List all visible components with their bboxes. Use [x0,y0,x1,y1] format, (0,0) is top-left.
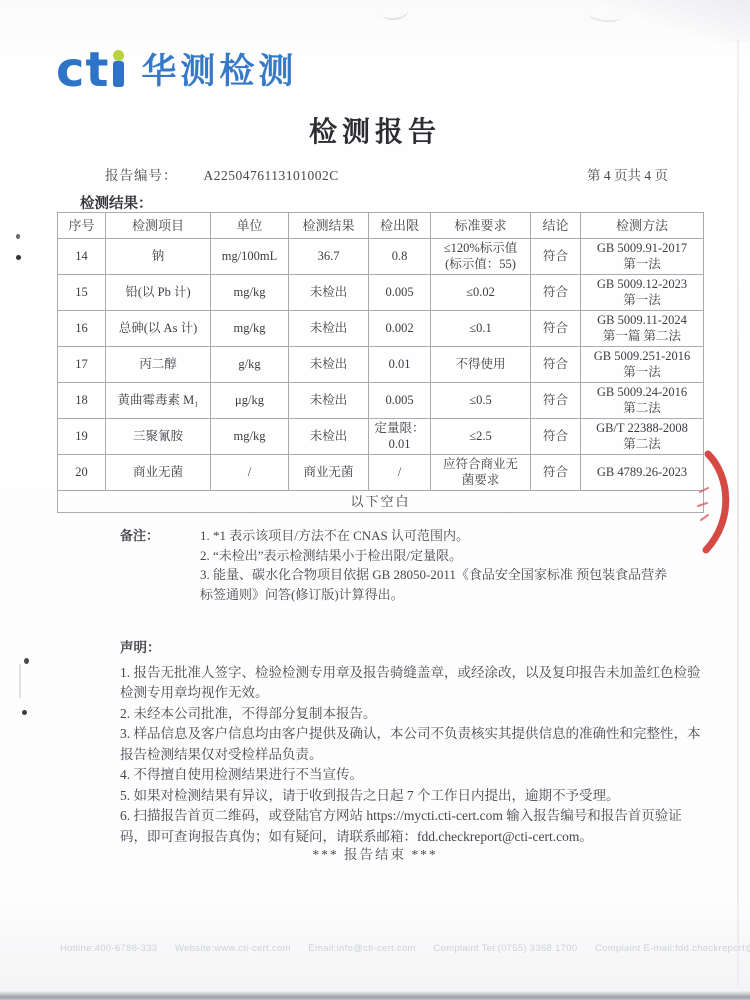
cell-unit: mg/100mL [211,239,289,275]
notes-block: 备注： 1. *1 表示该项目/方法不在 CNAS 认可范围内。 2. “未检出… [120,526,670,604]
scan-smudge [19,664,21,698]
table-row: 19三聚氰胺mg/kg未检出定量限：0.01≤2.5符合GB/T 22388-2… [58,419,704,455]
scan-speck [22,710,27,715]
cell-result: 未检出 [289,419,369,455]
header-row: 序号 检测项目 单位 检测结果 检出限 标准要求 结论 检测方法 [58,213,704,239]
declaration-item: 3. 样品信息及客户信息均由客户提供及确认，本公司不负责核实其提供信息的准确性和… [120,724,706,765]
logo-green-dot-icon [113,50,124,61]
results-table-footer: 以下空白 [58,491,704,513]
cell-standard: ≤0.1 [431,311,531,347]
cell-no: 19 [58,419,106,455]
cell-method: GB 4789.26-2023 [581,455,704,491]
cell-no: 16 [58,311,106,347]
cell-conclusion: 符合 [531,275,581,311]
declaration-item: 5. 如果对检测结果有异议，请于收到报告之日起 7 个工作日内提出，逾期不予受理… [120,786,706,807]
cell-method: GB 5009.12-2023第一法 [581,275,704,311]
cell-standard: ≤2.5 [431,419,531,455]
declaration-item: 4. 不得擅自使用检测结果进行不当宣传。 [120,765,706,786]
declaration-label: 声明： [120,638,706,659]
report-page: ct 华测检测 检测报告 报告编号： A2250476113101002C 第 … [0,0,750,1000]
logo-latin-text: ct [56,48,109,92]
cell-result: 未检出 [289,311,369,347]
note-item: 2. “未检出”表示检测结果小于检出限/定量限。 [200,546,670,566]
cell-no: 17 [58,347,106,383]
declaration-item: 1. 报告无批准人签字、检验检测专用章及报告骑缝盖章，或经涂改，以及复印报告未加… [120,663,706,704]
cell-limit: 0.8 [369,239,431,275]
note-item: 1. *1 表示该项目/方法不在 CNAS 认可范围内。 [200,526,670,546]
cell-item: 三聚氰胺 [106,419,211,455]
cell-method: GB 5009.24-2016第二法 [581,383,704,419]
cell-item: 黄曲霉毒素 M₁ [106,383,211,419]
report-number-label: 报告编号： [105,164,178,184]
cell-item: 丙二醇 [106,347,211,383]
page-footer-contact-line: Hotline:400-6788-333 Website:www.cti-cer… [60,943,750,954]
cti-logo: ct 华测检测 [56,48,297,92]
declaration-item: 2. 未经本公司批准，不得部分复制本报告。 [120,704,706,725]
cell-standard: ≤0.5 [431,383,531,419]
cell-standard: ≤0.02 [431,275,531,311]
cell-item: 铅(以 Pb 计) [106,275,211,311]
cell-method: GB 5009.91-2017第一法 [581,239,704,275]
cell-limit: 0.01 [369,347,431,383]
cell-unit: g/kg [211,347,289,383]
cell-result: 商业无菌 [289,455,369,491]
cell-conclusion: 符合 [531,419,581,455]
table-row: 14钠mg/100mL36.70.8≤120%标示值(标示值：55)符合GB 5… [58,239,704,275]
notes-label: 备注： [120,526,166,604]
scan-speck [24,658,29,664]
logo-i-glyph [113,48,125,92]
cell-result: 36.7 [289,239,369,275]
results-section-label: 检测结果： [80,192,153,213]
notes-items: 1. *1 表示该项目/方法不在 CNAS 认可范围内。 2. “未检出”表示检… [200,526,670,604]
scan-speck [16,234,20,239]
table-row: 16总砷(以 As 计)mg/kg未检出0.002≤0.1符合GB 5009.1… [58,311,704,347]
results-table-header: 序号 检测项目 单位 检测结果 检出限 标准要求 结论 检测方法 [58,213,704,239]
cell-conclusion: 符合 [531,311,581,347]
report-number-value: A2250476113101002C [204,168,339,184]
cell-unit: mg/kg [211,311,289,347]
table-row: 20商业无菌/商业无菌/应符合商业无菌要求符合GB 4789.26-2023 [58,455,704,491]
cell-conclusion: 符合 [531,239,581,275]
scan-artifact [381,2,409,21]
report-end-mark: *** 报告结束 *** [0,843,750,863]
blank-row: 以下空白 [58,491,704,513]
cell-method: GB 5009.11-2024第一篇 第二法 [581,311,704,347]
page-indicator: 第 4 页共 4 页 [587,164,668,184]
cell-conclusion: 符合 [531,347,581,383]
col-header-method: 检测方法 [581,213,704,239]
report-meta: 报告编号： A2250476113101002C 第 4 页共 4 页 [105,164,668,184]
cell-limit: 0.005 [369,275,431,311]
cell-result: 未检出 [289,275,369,311]
cell-item: 商业无菌 [106,455,211,491]
page-corner-shade [560,0,750,42]
cell-item: 钠 [106,239,211,275]
cell-no: 15 [58,275,106,311]
cell-limit: 0.002 [369,311,431,347]
cell-limit: / [369,455,431,491]
cell-conclusion: 符合 [531,455,581,491]
col-header-conclusion: 结论 [531,213,581,239]
declaration-item: 6. 扫描报告首页二维码，或登陆官方网站 https://mycti.cti-c… [120,806,706,847]
col-header-standard: 标准要求 [431,213,531,239]
cell-method: GB/T 22388-2008第二法 [581,419,704,455]
cell-item: 总砷(以 As 计) [106,311,211,347]
cell-unit: μg/kg [211,383,289,419]
col-header-unit: 单位 [211,213,289,239]
cell-no: 18 [58,383,106,419]
col-header-item: 检测项目 [106,213,211,239]
col-header-limit: 检出限 [369,213,431,239]
results-table-body: 14钠mg/100mL36.70.8≤120%标示值(标示值：55)符合GB 5… [58,239,704,491]
cell-standard: 不得使用 [431,347,531,383]
cell-no: 20 [58,455,106,491]
col-header-result: 检测结果 [289,213,369,239]
table-row: 18黄曲霉毒素 M₁μg/kg未检出0.005≤0.5符合GB 5009.24-… [58,383,704,419]
cell-result: 未检出 [289,347,369,383]
note-item: 3. 能量、碳水化合物项目依据 GB 28050-2011《食品安全国家标准 预… [200,565,670,604]
cell-method: GB 5009.251-2016第一法 [581,347,704,383]
col-header-no: 序号 [58,213,106,239]
cell-no: 14 [58,239,106,275]
cell-result: 未检出 [289,383,369,419]
cell-unit: mg/kg [211,275,289,311]
scan-speck [16,255,21,260]
page-edge-shadow [737,40,739,986]
results-table: 序号 检测项目 单位 检测结果 检出限 标准要求 结论 检测方法 14钠mg/1… [57,212,704,513]
page-bottom-edge [0,991,750,1000]
cell-conclusion: 符合 [531,383,581,419]
cell-standard: 应符合商业无菌要求 [431,455,531,491]
table-row: 15铅(以 Pb 计)mg/kg未检出0.005≤0.02符合GB 5009.1… [58,275,704,311]
cell-limit: 0.005 [369,383,431,419]
table-row: 17丙二醇g/kg未检出0.01不得使用符合GB 5009.251-2016第一… [58,347,704,383]
report-title: 检测报告 [0,110,750,150]
logo-chinese-text: 华测检测 [141,52,297,92]
cell-unit: / [211,455,289,491]
blank-row-label: 以下空白 [58,491,704,513]
cell-standard: ≤120%标示值(标示值：55) [431,239,531,275]
declaration-block: 声明： 1. 报告无批准人签字、检验检测专用章及报告骑缝盖章，或经涂改，以及复印… [120,638,706,847]
cell-limit: 定量限：0.01 [369,419,431,455]
cell-unit: mg/kg [211,419,289,455]
